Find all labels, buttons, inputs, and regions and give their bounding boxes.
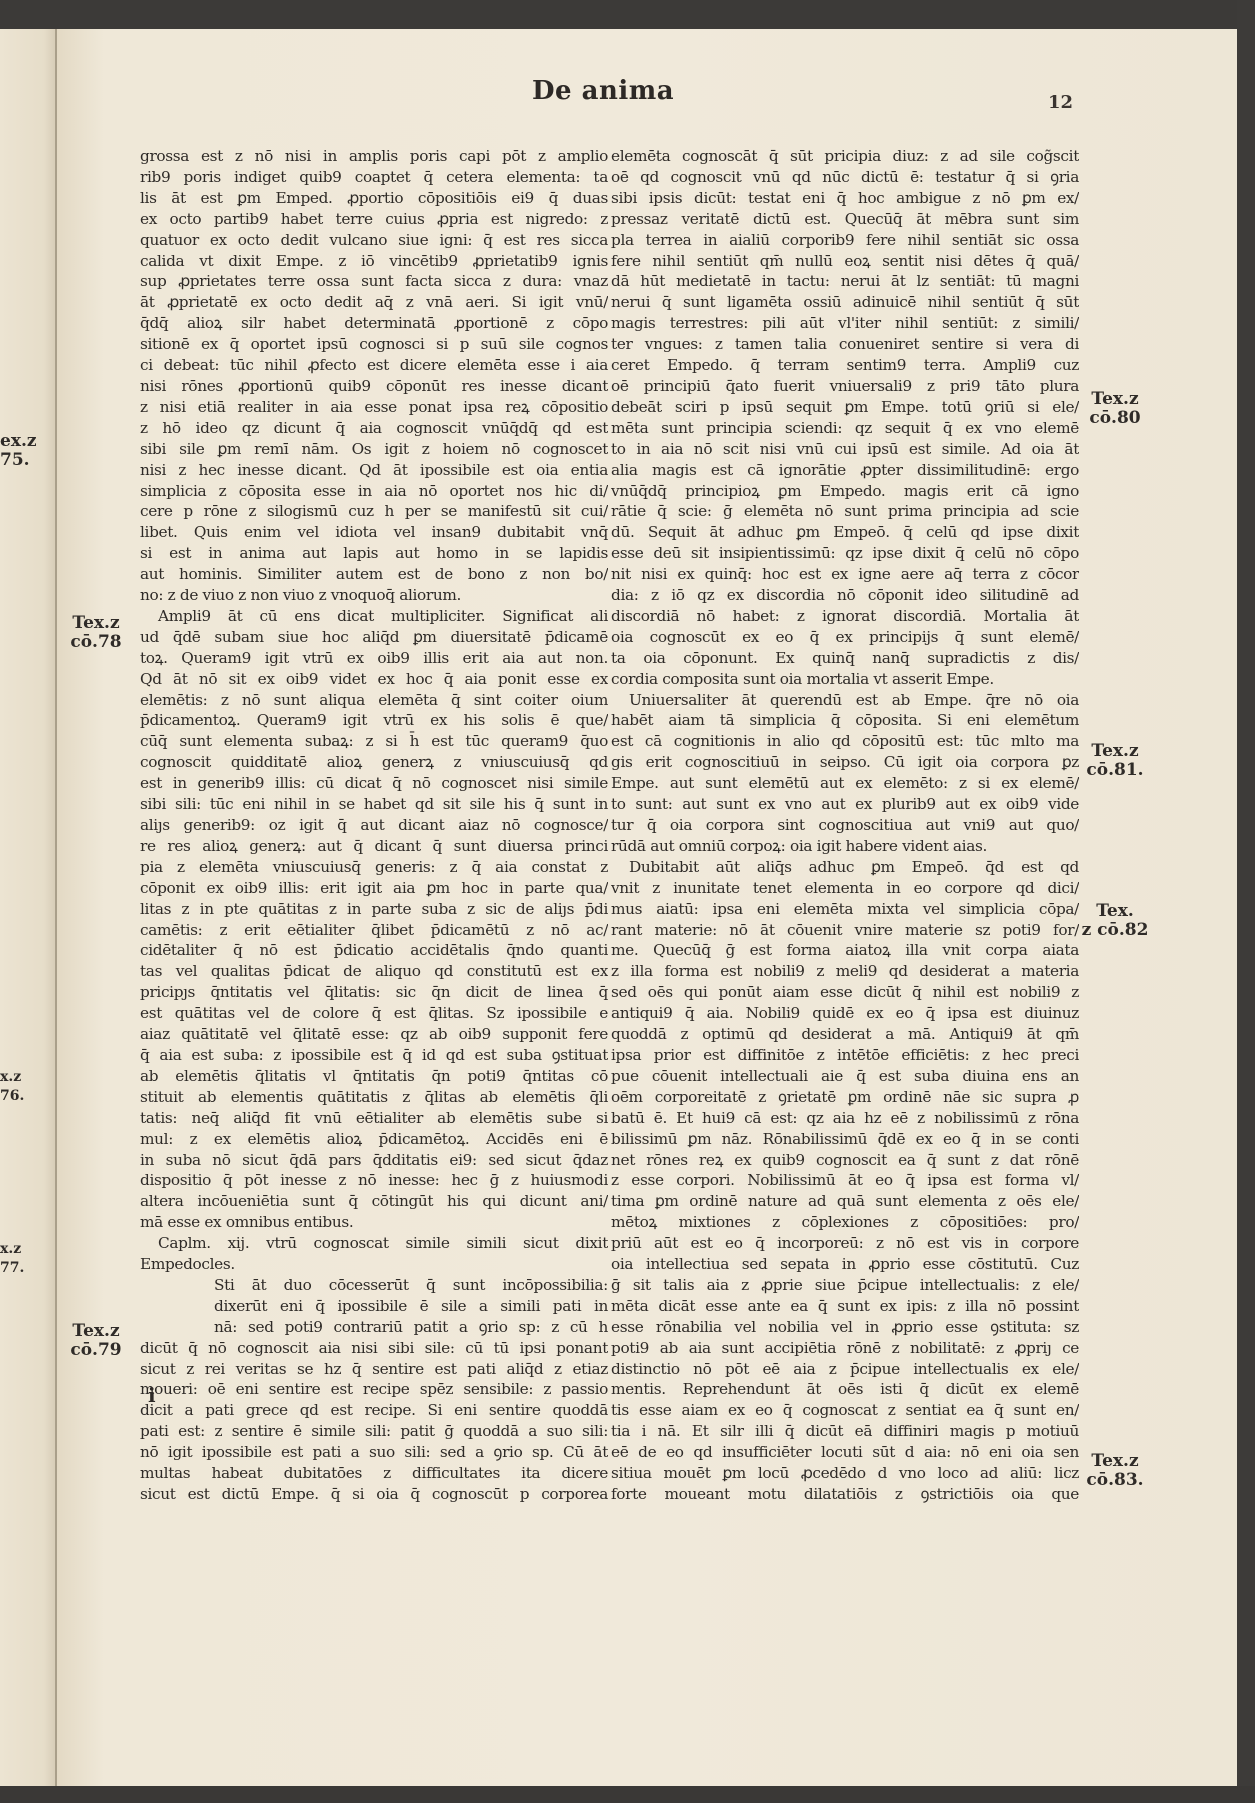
- text-line: sed oēs qui ponūt aiam esse dicūt q̄ nih…: [611, 982, 1079, 1003]
- text-line: pressaz veritatē dictū est. Quecūq̄ āt m…: [611, 209, 1079, 230]
- text-line: lis āt est ꝑm Emped. ꝓportio cōpositiōis…: [140, 188, 608, 209]
- margin-note: Tex.z cō.78: [62, 614, 130, 652]
- text-line: litas z in pte quātitas z in parte suba …: [140, 899, 608, 920]
- text-line: Qd āt nō sit ex oib9 videt ex hoc q̄ aia…: [140, 669, 608, 690]
- text-line: Empedocles.: [140, 1254, 608, 1275]
- text-line: elemētis: z nō sunt aliqua elemēta q̄ si…: [140, 690, 608, 711]
- text-line: cordia composita sunt oia mortalia vt as…: [611, 669, 1079, 690]
- margin-note-line: cō.81.: [1070, 761, 1160, 780]
- text-line: rib9 poris indiget quib9 coaptet q̄ cete…: [140, 167, 608, 188]
- text-line: nerui q̄ sunt ligamēta ossiū adinuicē ni…: [611, 292, 1079, 313]
- text-line: sitiua mouēt ꝑm locū ꝓcedēdo d vno loco …: [611, 1463, 1079, 1484]
- text-line: tis esse aiam ex eo q̄ cognoscat z senti…: [611, 1400, 1079, 1421]
- margin-note-line: Tex.z: [1070, 742, 1160, 761]
- text-line: priū aūt est eo q̄ incorporeū: z nō est …: [611, 1233, 1079, 1254]
- text-line: dū. Sequit āt adhuc ꝑm Empeō. q̄ celū qd…: [611, 522, 1079, 543]
- text-line: oia cognoscūt ex eo q̄ ex principijs q̄ …: [611, 627, 1079, 648]
- text-line: quatuor ex octo dedit vulcano siue igni:…: [140, 230, 608, 251]
- text-line: z esse corpori. Nobilissimū āt eo q̄ ips…: [611, 1170, 1079, 1191]
- text-line: ceret Empedo. q̄ terram sentim9 terra. A…: [611, 355, 1079, 376]
- text-line: Sti āt duo cōcesserūt q̄ sunt incōpossib…: [140, 1275, 608, 1296]
- text-line: mētoꝝ mixtiones z cōplexiones z cōpositi…: [611, 1212, 1079, 1233]
- text-line: cere p rōne z silogismū cuz h per se man…: [140, 501, 608, 522]
- text-line: oēm corporeitatē z ꝯrietatē ꝑm ordinē nā…: [611, 1087, 1079, 1108]
- text-line: antiqui9 q̄ aia. Nobili9 quidē ex eo q̄ …: [611, 1003, 1079, 1024]
- text-line: q̄ aia est suba: z ipossibile est q̄ id …: [140, 1045, 608, 1066]
- text-line: aliȷs generib9: oz igit q̄ aut dicant ai…: [140, 815, 608, 836]
- text-line: oē qd cognoscit vnū qd nūc dictū ē: test…: [611, 167, 1079, 188]
- text-line: me. Quecūq̄ ḡ est forma aiatoꝝ illa vnit…: [611, 940, 1079, 961]
- margin-note: x.z 76.: [0, 1068, 36, 1106]
- text-line: Ampli9 āt cū ens dicat multipliciter. Si…: [140, 606, 608, 627]
- text-line: q̄dq̄ alioꝝ silr habet determinatā ꝓport…: [140, 313, 608, 334]
- text-line: mā esse ex omnibus entibus.: [140, 1212, 608, 1233]
- text-line: bilissimū ꝑm nāz. Rōnabilissimū q̄dē ex …: [611, 1129, 1079, 1150]
- text-line: camētis: z erit eētialiter q̄libet p̄dic…: [140, 920, 608, 941]
- text-line: dia: z iō qz ex discordia nō cōponit ide…: [611, 585, 1079, 606]
- text-line: habēt aiam tā simplicia q̄ cōposita. Si …: [611, 710, 1079, 731]
- text-line: nā: sed poti9 contrariū patit a ꝯrio sp:…: [140, 1317, 608, 1338]
- text-line: z illa forma est nobili9 z meli9 qd desi…: [611, 961, 1079, 982]
- margin-note-line: 76.: [0, 1087, 36, 1106]
- text-line: esse rōnabilia vel nobilia vel in ꝓprio …: [611, 1317, 1079, 1338]
- text-line: nisi rōnes ꝓportionū quib9 cōponūt res i…: [140, 376, 608, 397]
- text-line: forte moueant motu dilatatiōis z ꝯstrict…: [611, 1484, 1079, 1505]
- scan-right-border: [1237, 0, 1255, 1803]
- margin-note-line: ex.z: [0, 432, 40, 451]
- text-line: dicit a pati grece qd est recipe. Si eni…: [140, 1400, 608, 1421]
- text-line: pati est: z sentire ē simile sili: patit…: [140, 1421, 608, 1442]
- text-line: ci debeat: tūc nihil ꝓfecto est dicere e…: [140, 355, 608, 376]
- text-line: grossa est z nō nisi in amplis poris cap…: [140, 146, 608, 167]
- margin-note-line: cō.78: [62, 633, 130, 652]
- text-line: sibi sili: tūc eni nihil in se habet qd …: [140, 794, 608, 815]
- text-line: tas vel qualitas p̄dicat de aliquo qd co…: [140, 961, 608, 982]
- margin-note-line: Tex.: [1070, 902, 1160, 921]
- margin-note-line: Tex.z: [1070, 390, 1160, 409]
- margin-note-line: cō.83.: [1070, 1471, 1160, 1490]
- margin-note: Tex.z cō.83.: [1070, 1452, 1160, 1490]
- margin-note-line: z cō.82: [1070, 921, 1160, 940]
- text-column-right: elemēta cognoscāt q̄ sūt pricipia diuz: …: [611, 146, 1079, 1505]
- text-line: mentis. Reprehendunt āt oēs isti q̄ dicū…: [611, 1379, 1079, 1400]
- margin-note-line: 75.: [0, 451, 40, 470]
- text-line: sitionē ex q̄ oportet ipsū cognosci si p…: [140, 334, 608, 355]
- text-line: quoddā z optimū qd desiderat a mā. Antiq…: [611, 1024, 1079, 1045]
- text-line: z nisi etiā realiter in aia esse ponat i…: [140, 397, 608, 418]
- text-line: to sunt: aut sunt ex vno aut ex plurib9 …: [611, 794, 1079, 815]
- text-line: stituit ab elementis quātitatis z q̄lita…: [140, 1087, 608, 1108]
- text-line: aiaz quātitatē vel q̄litatē esse: qz ab …: [140, 1024, 608, 1045]
- text-line: sibi sile ꝑm remī nām. Os igit z hoiem n…: [140, 439, 608, 460]
- margin-note: Tex.z cō.81.: [1070, 742, 1160, 780]
- margin-note-line: cō.79: [62, 1341, 130, 1360]
- text-line: mul: z ex elemētis alioꝝ p̄dicamētoꝝ. Ac…: [140, 1129, 608, 1150]
- text-line: no: z de viuo z non viuo z vnoquoq̄ alio…: [140, 585, 608, 606]
- text-line: pia z elemēta vniuscuiusq̄ generis: z q̄…: [140, 857, 608, 878]
- text-line: si est in anima aut lapis aut homo in se…: [140, 543, 608, 564]
- text-line: tatis: neq̄ aliq̄d fit vnū eētialiter ab…: [140, 1108, 608, 1129]
- text-line: esse deū sit insipientissimū: qz ipse di…: [611, 543, 1079, 564]
- text-line: pue cōuenit intellectuali aie q̄ est sub…: [611, 1066, 1079, 1087]
- text-line: mēta sunt principia sciendi: qz sequit q…: [611, 418, 1079, 439]
- text-line: moueri: oē eni sentire est recipe spēz s…: [140, 1379, 608, 1400]
- text-line: tima ꝑm ordinē nature ad quā sunt elemen…: [611, 1191, 1079, 1212]
- margin-note: Tex.z cō.80: [1070, 390, 1160, 428]
- text-line: rant materie: nō āt cōuenit vnire materi…: [611, 920, 1079, 941]
- running-head: De anima: [532, 76, 674, 106]
- text-line: ḡ sit talis aia z ꝓprie siue p̄cipue int…: [611, 1275, 1079, 1296]
- text-line: sibi ipsis dicūt: testat eni q̄ hoc ambi…: [611, 188, 1079, 209]
- text-line: sup ꝓprietates terre ossa sunt facta sic…: [140, 271, 608, 292]
- text-line: nō igit ipossibile est pati a suo sili: …: [140, 1442, 608, 1463]
- text-line: cōponit ex oib9 illis: erit igit aia ꝑm …: [140, 878, 608, 899]
- text-line: altera incōueniētia sunt q̄ cōtingūt his…: [140, 1191, 608, 1212]
- text-line: re res alioꝝ generꝝ: aut q̄ dicant q̄ su…: [140, 836, 608, 857]
- text-line: ud q̄dē subam siue hoc aliq̄d ꝑm diuersi…: [140, 627, 608, 648]
- text-line: est quātitas vel de colore q̄ est q̄lita…: [140, 1003, 608, 1024]
- margin-note-line: x.z: [0, 1068, 36, 1087]
- text-line: pla terrea in aialiū corporib9 fere nihi…: [611, 230, 1079, 251]
- text-line: Empe. aut sunt elemētū aut ex elemēto: z…: [611, 773, 1079, 794]
- text-line: Dubitabit aūt aliq̄s adhuc ꝑm Empeō. q̄d…: [611, 857, 1079, 878]
- text-line: tur q̄ oia corpora sint cognoscitiua aut…: [611, 815, 1079, 836]
- text-line: z hō ideo qz dicunt q̄ aia cognoscit vnū…: [140, 418, 608, 439]
- scan-bottom-border: [0, 1786, 1255, 1803]
- margin-note-line: Tex.z: [1070, 1452, 1160, 1471]
- text-line: toꝝ. Queram9 igit vtrū ex oib9 illis eri…: [140, 648, 608, 669]
- margin-note-line: Tex.z: [62, 1322, 130, 1341]
- text-line: cidētaliter q̄ nō est p̄dicatio accidēta…: [140, 940, 608, 961]
- margin-note-line: cō.80: [1070, 409, 1160, 428]
- text-line: sicut z rei veritas se hz q̄ sentire est…: [140, 1359, 608, 1380]
- text-line: mēta dicāt esse ante ea q̄ sunt ex ipis:…: [611, 1296, 1079, 1317]
- text-line: vnit z inunitate tenet elementa in eo co…: [611, 878, 1079, 899]
- text-line: distinctio nō pōt eē aia z p̄cipue intel…: [611, 1359, 1079, 1380]
- text-line: Caplm. xij. vtrū cognoscat simile simili…: [140, 1233, 608, 1254]
- text-line: p̄dicamentoꝝ. Queram9 igit vtrū ex his s…: [140, 710, 608, 731]
- text-line: pricipȷs q̄ntitatis vel q̄litatis: sic q…: [140, 982, 608, 1003]
- text-line: āt ꝓprietatē ex octo dedit aq̄ z vnā aer…: [140, 292, 608, 313]
- text-line: calida vt dixit Empe. z iō vincētib9 ꝓpr…: [140, 251, 608, 272]
- text-line: vnūq̄dq̄ principioꝝ ꝑm Empedo. magis eri…: [611, 481, 1079, 502]
- text-line: net rōnes reꝝ ex quib9 cognoscit ea q̄ s…: [611, 1150, 1079, 1171]
- text-line: est cā cognitionis in alio qd cōpositū e…: [611, 731, 1079, 752]
- text-line: ex octo partib9 habet terre cuius ꝓpria …: [140, 209, 608, 230]
- text-line: mus aiatū: ipsa eni elemēta mixta vel si…: [611, 899, 1079, 920]
- text-line: dicūt q̄ nō cognoscit aia nisi sibi sile…: [140, 1338, 608, 1359]
- text-line: sicut est dictū Empe. q̄ si oia q̄ cogno…: [140, 1484, 608, 1505]
- margin-note: ex.z 75.: [0, 432, 40, 470]
- text-line: elemēta cognoscāt q̄ sūt pricipia diuz: …: [611, 146, 1079, 167]
- text-line: magis terrestres: pili aūt vl'iter nihil…: [611, 313, 1079, 334]
- text-line: ta oia cōponunt. Ex quinq̄ nanq̄ supradi…: [611, 648, 1079, 669]
- text-line: in suba nō sicut q̄dā pars q̄dditatis ei…: [140, 1150, 608, 1171]
- text-line: ab elemētis q̄litatis vl q̄ntitatis q̄n …: [140, 1066, 608, 1087]
- margin-note-line: Tex.z: [62, 614, 130, 633]
- text-line: poti9 ab aia sunt accipiētia rōnē z nobi…: [611, 1338, 1079, 1359]
- text-line: simplicia z cōposita esse in aia nō opor…: [140, 481, 608, 502]
- text-line: nisi z hec inesse dicant. Qd āt ipossibi…: [140, 460, 608, 481]
- text-line: oē principiū q̄ato fuerit vniuersali9 z …: [611, 376, 1079, 397]
- text-line: fere nihil sentiūt qm̄ nullū eoꝝ sentit …: [611, 251, 1079, 272]
- text-line: dispositio q̄ pōt inesse z nō inesse: he…: [140, 1170, 608, 1191]
- text-line: alia magis est cā ignorātie ꝓpter dissim…: [611, 460, 1079, 481]
- text-line: cognoscit quidditatē alioꝝ generꝝ z vniu…: [140, 752, 608, 773]
- text-line: discordiā nō habet: z ignorat discordiā.…: [611, 606, 1079, 627]
- text-column-left: grossa est z nō nisi in amplis poris cap…: [140, 146, 608, 1505]
- text-line: rūdā aut omniū corpoꝝ: oia igit habere v…: [611, 836, 1079, 857]
- text-line: tia i nā. Et silr illi q̄ dicūt eā diffi…: [611, 1421, 1079, 1442]
- scan-top-border: [0, 0, 1255, 29]
- text-line: debeāt sciri p ipsū sequit ꝑm Empe. totū…: [611, 397, 1079, 418]
- text-line: eē de eo qd insufficiēter locuti sūt d a…: [611, 1442, 1079, 1463]
- text-line: to in aia nō scit nisi vnū cui ipsū est …: [611, 439, 1079, 460]
- text-line: multas habeat dubitatōes z difficultates…: [140, 1463, 608, 1484]
- margin-note: x.z 77.: [0, 1240, 36, 1278]
- text-line: dā hūt medietatē in tactu: nerui āt lz s…: [611, 271, 1079, 292]
- text-line: aut hominis. Similiter autem est de bono…: [140, 564, 608, 585]
- margin-note: Tex. z cō.82: [1070, 902, 1160, 940]
- text-line: est in generib9 illis: cū dicat q̄ nō co…: [140, 773, 608, 794]
- text-line: nit nisi ex quinq̄: hoc est ex igne aere…: [611, 564, 1079, 585]
- text-line: ipsa prior est diffinitōe z intētōe effi…: [611, 1045, 1079, 1066]
- text-line: libet. Quis enim vel idiota vel insan9 d…: [140, 522, 608, 543]
- text-line: oia intellectiua sed sepata in ꝓprio ess…: [611, 1254, 1079, 1275]
- text-line: ter vngues: z tamen talia conueniret sen…: [611, 334, 1079, 355]
- facing-page-edge: [0, 29, 56, 1786]
- text-line: Uniuersaliter āt querendū est ab Empe. q…: [611, 690, 1079, 711]
- text-line: rātie q̄ scie: ḡ elemēta nō sunt prima p…: [611, 501, 1079, 522]
- text-line: dixerūt eni q̄ ipossibile ē sile a simil…: [140, 1296, 608, 1317]
- margin-note-line: x.z: [0, 1240, 36, 1259]
- margin-note-line: 77.: [0, 1259, 36, 1278]
- text-line: batū ē. Et hui9 cā est: qz aia hz eē z n…: [611, 1108, 1079, 1129]
- margin-note: Tex.z cō.79: [62, 1322, 130, 1360]
- folio-number: 12: [1048, 92, 1073, 113]
- text-line: gis erit cognoscitiuū in seipso. Cū igit…: [611, 752, 1079, 773]
- text-line: cūq̄ sunt elementa subaꝝ: z si h̄ est tū…: [140, 731, 608, 752]
